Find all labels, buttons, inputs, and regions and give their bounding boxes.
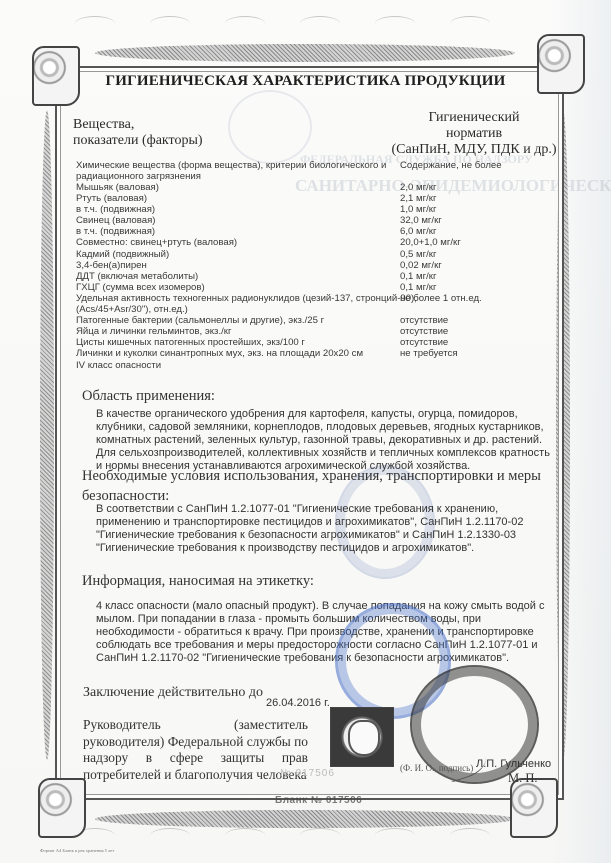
row-value: 2,1 мг/кг xyxy=(400,193,436,204)
signatory-name: Л.П. Гульченко xyxy=(476,758,551,770)
decor-wave xyxy=(150,16,190,31)
decor-wave xyxy=(225,828,265,843)
table-row: ГХЦГ (сумма всех изомеров)0,1 мг/кг xyxy=(76,282,556,293)
certificate-page: ФЕДЕРАЛЬНАЯ СЛУЖБА ПО НАДЗОРУ САНИТАРНО-… xyxy=(0,0,611,863)
table-row: Патогенные бактерии (сальмонеллы и други… xyxy=(76,315,556,326)
row-name: ГХЦГ (сумма всех изомеров) xyxy=(76,282,205,293)
row-name: Яйца и личинки гельминтов, экз./кг xyxy=(76,326,231,337)
row-name: Патогенные бактерии (сальмонеллы и други… xyxy=(76,315,324,326)
row-value: отсутствие xyxy=(400,315,448,326)
header-norm: Гигиенический норматив (СанПиН, МДУ, ПДК… xyxy=(384,110,564,158)
serial-number-faint: № 017506 xyxy=(280,768,335,779)
row-name: Цисты кишечных патогенных простейших, эк… xyxy=(76,337,305,348)
decor-wave xyxy=(375,16,415,31)
conditions-title-line: Необходимые условия использования, хране… xyxy=(82,466,541,486)
header-substances: Вещества, показатели (факторы) xyxy=(73,117,203,149)
row-name: Совместно: свинец+ртуть (валовая) xyxy=(76,237,237,248)
row-name: Свинец (валовая) xyxy=(76,215,155,226)
decor-wave xyxy=(75,16,115,31)
row-name: в т.ч. (подвижная) xyxy=(76,204,155,215)
table-row: в т.ч. (подвижная)6,0 мг/кг xyxy=(76,226,556,237)
row-value: не более 1 отн.ед. xyxy=(400,293,482,304)
corner-ornament-bottom-left xyxy=(38,778,86,838)
table-row: в т.ч. (подвижная)1,0 мг/кг xyxy=(76,204,556,215)
state-emblem-hologram xyxy=(330,707,394,767)
row-value: не требуется xyxy=(400,348,458,359)
table-row: Яйца и личинки гельминтов, экз./кготсутс… xyxy=(76,326,556,337)
signatory-position: Руководитель (заместитель руководителя) … xyxy=(83,717,308,783)
table-row: 3,4-бен(а)пирен0,02 мг/кг xyxy=(76,260,556,271)
validity-date: 26.04.2016 г. xyxy=(266,697,330,709)
table-row: (Acs/45+Asr/30"), отн.ед.) xyxy=(76,304,556,315)
row-name: в т.ч. (подвижная) xyxy=(76,226,155,237)
row-name: Мышьяк (валовая) xyxy=(76,182,159,193)
row-value: 1,0 мг/кг xyxy=(400,204,436,215)
row-value: 0,1 мг/кг xyxy=(400,271,436,282)
decor-wave xyxy=(150,828,190,843)
label-info-text: 4 класс опасности (мало опасный продукт)… xyxy=(96,600,556,665)
caption-left: Химические вещества (форма вещества), кр… xyxy=(76,160,396,182)
row-name: Удельная активность техногенных радионук… xyxy=(76,293,417,304)
decor-wave xyxy=(450,16,490,31)
decor-wave xyxy=(375,828,415,843)
row-value: 32,0 мг/кг xyxy=(400,215,442,226)
row-value: отсутствие xyxy=(400,326,448,337)
table-caption: Химические вещества (форма вещества), кр… xyxy=(76,160,556,182)
row-value: 0,02 мг/кг xyxy=(400,260,442,271)
header-left-line: показатели (факторы) xyxy=(73,133,203,149)
header-left-line: Вещества, xyxy=(73,117,203,133)
table-row: Мышьяк (валовая)2,0 мг/кг xyxy=(76,182,556,193)
decor-wave xyxy=(300,16,340,31)
table-row: Кадмий (подвижный)0,5 мг/кг xyxy=(76,249,556,260)
table-row: Цисты кишечных патогенных простейших, эк… xyxy=(76,337,556,348)
row-value: 0,5 мг/кг xyxy=(400,249,436,260)
scope-text: В качестве органического удобрения для к… xyxy=(96,408,556,473)
scope-title: Область применения: xyxy=(82,388,215,405)
table-row: Личинки и куколки синантропных мух, экз.… xyxy=(76,348,556,359)
row-name: Ртуть (валовая) xyxy=(76,193,147,204)
conditions-title: Необходимые условия использования, хране… xyxy=(82,466,541,506)
caption-right: Содержание, не более xyxy=(400,160,502,171)
faint-seal-top xyxy=(228,90,312,164)
decor-band-left xyxy=(40,110,54,760)
row-value: 2,0 мг/кг xyxy=(400,182,436,193)
footer-format-note: Формат А4 Бланк к рек хранения 5 лет xyxy=(40,848,114,853)
table-row: Свинец (валовая)32,0 мг/кг xyxy=(76,215,556,226)
row-name: 3,4-бен(а)пирен xyxy=(76,260,147,271)
decor-wave xyxy=(225,16,265,31)
document-title: ГИГИЕНИЧЕСКАЯ ХАРАКТЕРИСТИКА ПРОДУКЦИИ xyxy=(0,73,611,90)
row-value: 6,0 мг/кг xyxy=(400,226,436,237)
decor-wave xyxy=(450,828,490,843)
row-name: ДДТ (включая метаболиты) xyxy=(76,271,198,282)
corner-ornament-bottom-right xyxy=(510,778,558,838)
table-row: Удельная активность техногенных радионук… xyxy=(76,293,556,304)
table-row: IV класс опасности xyxy=(76,360,556,371)
row-value: 0,1 мг/кг xyxy=(400,282,436,293)
row-value: отсутствие xyxy=(400,337,448,348)
seal-place-label: М. П. xyxy=(508,771,538,786)
blank-number: Бланк № 017506 xyxy=(275,795,362,806)
row-name: Личинки и куколки синантропных мух, экз.… xyxy=(76,348,363,359)
table-row: ДДТ (включая метаболиты)0,1 мг/кг xyxy=(76,271,556,282)
label-info-title: Информация, наносимая на этикетку: xyxy=(82,573,314,590)
row-name: IV класс опасности xyxy=(76,360,161,371)
header-right-line: Гигиенический xyxy=(384,110,564,126)
row-value: 20,0+1,0 мг/кг xyxy=(400,237,461,248)
validity-label: Заключение действительно до xyxy=(83,685,263,701)
table-row: Совместно: свинец+ртуть (валовая)20,0+1,… xyxy=(76,237,556,248)
double-headed-eagle-icon xyxy=(348,720,380,756)
decor-band-bottom xyxy=(95,810,515,828)
hygiene-table: Химические вещества (форма вещества), кр… xyxy=(76,160,556,371)
row-name: (Acs/45+Asr/30"), отн.ед.) xyxy=(76,304,188,315)
conditions-text: В соответствии с СанПиН 1.2.1077-01 "Гиг… xyxy=(96,503,556,555)
decor-wave xyxy=(300,828,340,843)
header-right-line: норматив xyxy=(384,126,564,142)
row-name: Кадмий (подвижный) xyxy=(76,249,169,260)
decor-band-top xyxy=(95,44,515,62)
table-row: Ртуть (валовая)2,1 мг/кг xyxy=(76,193,556,204)
header-right-line: (СанПиН, МДУ, ПДК и др.) xyxy=(384,142,564,158)
